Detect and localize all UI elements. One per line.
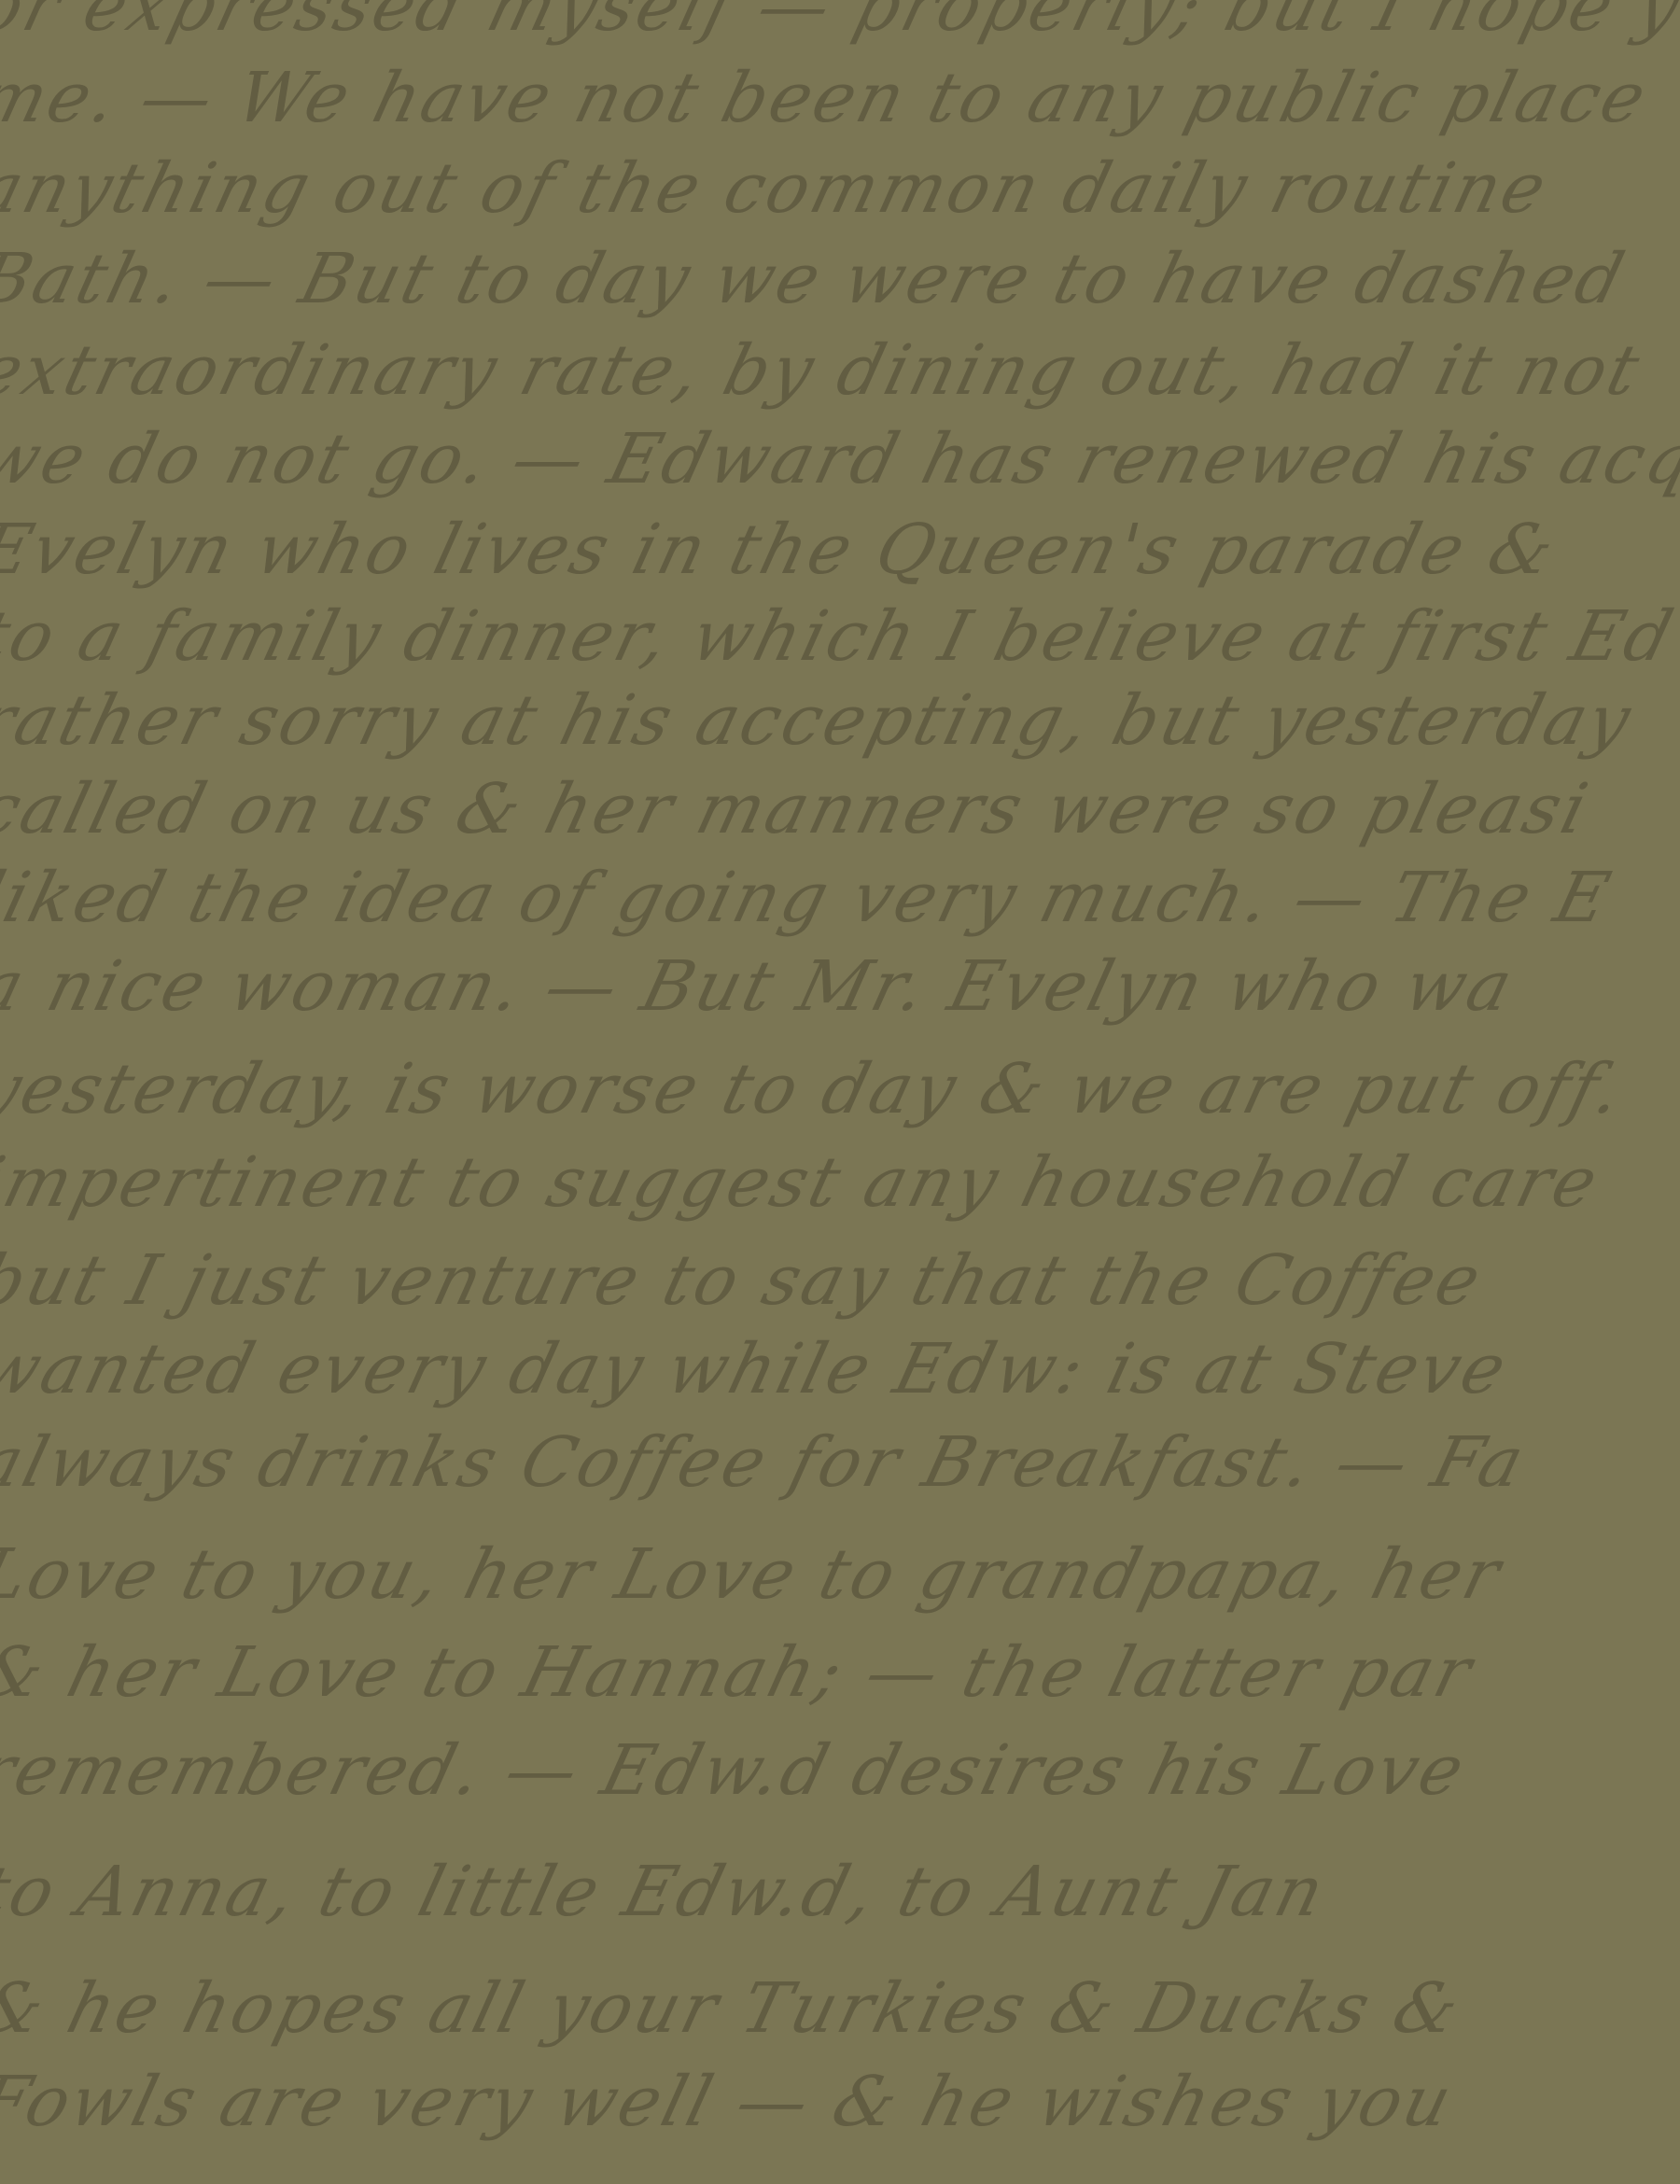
script-line-10: called on us & her manners were so pleas… bbox=[0, 775, 1596, 844]
script-line-6: we do not go. — Edward has renewed his a… bbox=[0, 425, 1680, 494]
script-line-12: a nice woman. — But Mr. Evelyn who wa bbox=[0, 952, 1521, 1021]
script-line-2: me. — We have not been to any public pla… bbox=[0, 63, 1655, 133]
script-line-1: or expressed myself — properly; but I ho… bbox=[0, 0, 1680, 41]
script-line-13: yesterday, is worse to day & we are put … bbox=[0, 1055, 1631, 1124]
script-line-18: Love to you, her Love to grandpapa, her bbox=[0, 1540, 1509, 1609]
script-line-19: & her Love to Hannah; — the latter par bbox=[0, 1638, 1480, 1707]
script-line-14: impertinent to suggest any household car… bbox=[0, 1148, 1606, 1217]
script-line-8: to a family dinner, which I believe at f… bbox=[0, 602, 1680, 671]
handwritten-letter-background: or expressed myself — properly; but I ho… bbox=[0, 0, 1680, 2184]
script-line-17: always drinks Coffee for Breakfast. — Fa bbox=[0, 1428, 1533, 1497]
script-line-11: liked the idea of going very much. — The… bbox=[0, 863, 1618, 932]
script-line-4: Bath. — But to day we were to have dashe… bbox=[0, 245, 1632, 314]
script-line-5: extraordinary rate, by dining out, had i… bbox=[0, 336, 1648, 405]
script-line-3: anything out of the common daily routine bbox=[0, 154, 1555, 223]
script-line-20: remembered. — Edw.d desires his Love bbox=[0, 1736, 1473, 1805]
script-line-7: Evelyn who lives in the Queen's parade & bbox=[0, 515, 1563, 584]
script-line-16: wanted every day while Edw: is at Steve bbox=[0, 1335, 1515, 1404]
script-line-22: & he hopes all your Turkies & Ducks & bbox=[0, 1974, 1468, 2043]
script-line-23: Fowls are very well — & he wishes you bbox=[0, 2067, 1461, 2136]
script-line-9: rather sorry at his accepting, but yeste… bbox=[0, 686, 1640, 755]
script-line-15: but I just venture to say that the Coffe… bbox=[0, 1246, 1490, 1315]
script-line-21: to Anna, to little Edw.d, to Aunt Jan bbox=[0, 1857, 1333, 1926]
